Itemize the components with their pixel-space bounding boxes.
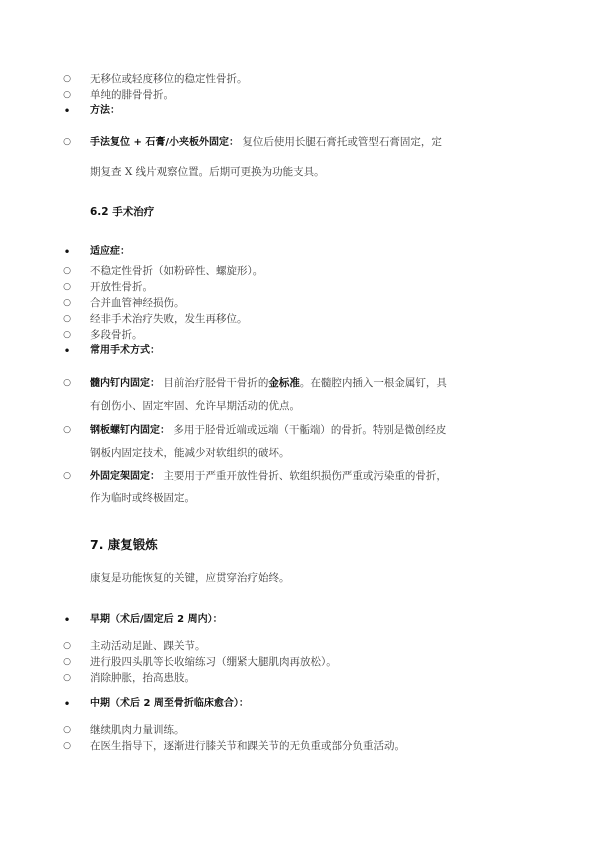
circle-bullet-icon: ○ bbox=[62, 375, 72, 391]
list-item: ○ 开放性骨折。 bbox=[0, 279, 595, 295]
method-label-text: 方法： bbox=[90, 103, 120, 119]
list-item-text: 无移位或轻度移位的稳定性骨折。 bbox=[90, 71, 248, 87]
list-item: ○ 不稳定性骨折（如粉碎性、螺旋形）。 bbox=[0, 263, 595, 279]
list-item-continuation: 钢板内固定技术，能减少对软组织的破坏。 bbox=[0, 445, 595, 461]
item-text: 多用于胫骨近端或远端（干骺端）的骨折。特别是微创经皮 bbox=[170, 424, 446, 436]
list-item: ○ 继续肌肉力量训练。 bbox=[0, 722, 595, 738]
disc-bullet-icon: • bbox=[62, 103, 72, 119]
intro-text: 康复是功能恢复的关键，应贯穿治疗始终。 bbox=[90, 570, 290, 586]
disc-bullet-icon: • bbox=[62, 612, 72, 628]
list-item: ○ 手法复位 + 石膏/小夹板外固定： 复位后使用长腿石膏托或管型石膏固定，定 bbox=[0, 134, 595, 150]
list-item-text: 合并血管神经损伤。 bbox=[90, 295, 185, 311]
emphasis-text: 金标准 bbox=[268, 377, 300, 389]
item-text: 期复查 X 线片观察位置。后期可更换为功能支具。 bbox=[90, 164, 325, 180]
list-item-continuation: 期复查 X 线片观察位置。后期可更换为功能支具。 bbox=[0, 164, 595, 180]
circle-bullet-icon: ○ bbox=[62, 468, 72, 484]
middle-label: • 中期（术后 2 周至骨折临床愈合）： bbox=[0, 696, 595, 712]
circle-bullet-icon: ○ bbox=[62, 327, 72, 343]
disc-bullet-icon: • bbox=[62, 343, 72, 359]
circle-bullet-icon: ○ bbox=[62, 263, 72, 279]
indications-label-text: 适应症： bbox=[90, 244, 130, 260]
circle-bullet-icon: ○ bbox=[62, 87, 72, 103]
list-item-text: 经非手术治疗失败，发生再移位。 bbox=[90, 311, 248, 327]
list-item-text: 单纯的腓骨骨折。 bbox=[90, 87, 174, 103]
item-text: 。在髓腔内插入一根金属钉，具 bbox=[300, 377, 447, 389]
circle-bullet-icon: ○ bbox=[62, 311, 72, 327]
circle-bullet-icon: ○ bbox=[62, 670, 72, 686]
list-item-text: 主动活动足趾、踝关节。 bbox=[90, 638, 206, 654]
disc-bullet-icon: • bbox=[62, 696, 72, 712]
list-item: ○ 消除肿胀，抬高患肢。 bbox=[0, 670, 595, 686]
list-item: ○ 主动活动足趾、踝关节。 bbox=[0, 638, 595, 654]
list-item: ○ 在医生指导下，逐渐进行膝关节和踝关节的无负重或部分负重活动。 bbox=[0, 738, 595, 754]
indications-label: • 适应症： bbox=[0, 244, 595, 260]
heading-6-2: 6.2 手术治疗 bbox=[90, 204, 154, 220]
list-item: ○ 合并血管神经损伤。 bbox=[0, 295, 595, 311]
disc-bullet-icon: • bbox=[62, 244, 72, 260]
early-label: • 早期（术后/固定后 2 周内）： bbox=[0, 612, 595, 628]
methods-label: • 常用手术方式： bbox=[0, 343, 595, 359]
list-item: ○ 多段骨折。 bbox=[0, 327, 595, 343]
circle-bullet-icon: ○ bbox=[62, 71, 72, 87]
circle-bullet-icon: ○ bbox=[62, 722, 72, 738]
method-label: • 方法： bbox=[0, 103, 595, 119]
section-heading: 6.2 手术治疗 bbox=[0, 204, 595, 220]
circle-bullet-icon: ○ bbox=[62, 134, 72, 150]
paragraph: 康复是功能恢复的关键，应贯穿治疗始终。 bbox=[0, 570, 595, 586]
circle-bullet-icon: ○ bbox=[62, 279, 72, 295]
circle-bullet-icon: ○ bbox=[62, 654, 72, 670]
list-item-text: 进行股四头肌等长收缩练习（绷紧大腿肌肉再放松）。 bbox=[90, 654, 337, 670]
list-item: ○ 髓内钉内固定： 目前治疗胫骨干骨折的金标准。在髓腔内插入一根金属钉，具 bbox=[0, 375, 595, 391]
circle-bullet-icon: ○ bbox=[62, 422, 72, 438]
item-title: 外固定架固定： bbox=[90, 471, 160, 482]
heading-7: 7. 康复锻炼 bbox=[90, 536, 158, 554]
early-label-text: 早期（术后/固定后 2 周内）： bbox=[90, 612, 223, 628]
item-text: 主要用于严重开放性骨折、软组织损伤严重或污染重的骨折， bbox=[160, 470, 447, 482]
list-item: ○ 进行股四头肌等长收缩练习（绷紧大腿肌肉再放松）。 bbox=[0, 654, 595, 670]
list-item: ○ 钢板螺钉内固定： 多用于胫骨近端或远端（干骺端）的骨折。特别是微创经皮 bbox=[0, 422, 595, 438]
item-text: 目前治疗胫骨干骨折的 bbox=[160, 377, 268, 389]
list-item: ○ 无移位或轻度移位的稳定性骨折。 bbox=[0, 71, 595, 87]
list-item-continuation: 有创伤小、固定牢固、允许早期活动的优点。 bbox=[0, 398, 595, 414]
list-item: ○ 外固定架固定： 主要用于严重开放性骨折、软组织损伤严重或污染重的骨折， bbox=[0, 468, 595, 484]
list-item: ○ 单纯的腓骨骨折。 bbox=[0, 87, 595, 103]
list-item-continuation: 作为临时或终极固定。 bbox=[0, 490, 595, 506]
list-item-text: 继续肌肉力量训练。 bbox=[90, 722, 185, 738]
circle-bullet-icon: ○ bbox=[62, 738, 72, 754]
list-item-text: 消除肿胀，抬高患肢。 bbox=[90, 670, 195, 686]
list-item: ○ 经非手术治疗失败，发生再移位。 bbox=[0, 311, 595, 327]
item-text: 复位后使用长腿石膏托或管型石膏固定，定 bbox=[239, 136, 442, 148]
methods-label-text: 常用手术方式： bbox=[90, 343, 160, 359]
list-item-text: 多段骨折。 bbox=[90, 327, 143, 343]
item-title: 手法复位 + 石膏/小夹板外固定： bbox=[90, 137, 239, 148]
list-item-text: 在医生指导下，逐渐进行膝关节和踝关节的无负重或部分负重活动。 bbox=[90, 738, 405, 754]
item-text: 有创伤小、固定牢固、允许早期活动的优点。 bbox=[90, 398, 300, 414]
middle-label-text: 中期（术后 2 周至骨折临床愈合）： bbox=[90, 696, 249, 712]
item-text: 钢板内固定技术，能减少对软组织的破坏。 bbox=[90, 445, 290, 461]
list-item-text: 不稳定性骨折（如粉碎性、螺旋形）。 bbox=[90, 263, 263, 279]
circle-bullet-icon: ○ bbox=[62, 295, 72, 311]
item-text: 作为临时或终极固定。 bbox=[90, 490, 195, 506]
list-item-text: 开放性骨折。 bbox=[90, 279, 153, 295]
item-title: 髓内钉内固定： bbox=[90, 378, 160, 389]
circle-bullet-icon: ○ bbox=[62, 638, 72, 654]
item-title: 钢板螺钉内固定： bbox=[90, 425, 170, 436]
section-heading: 7. 康复锻炼 bbox=[0, 536, 595, 554]
